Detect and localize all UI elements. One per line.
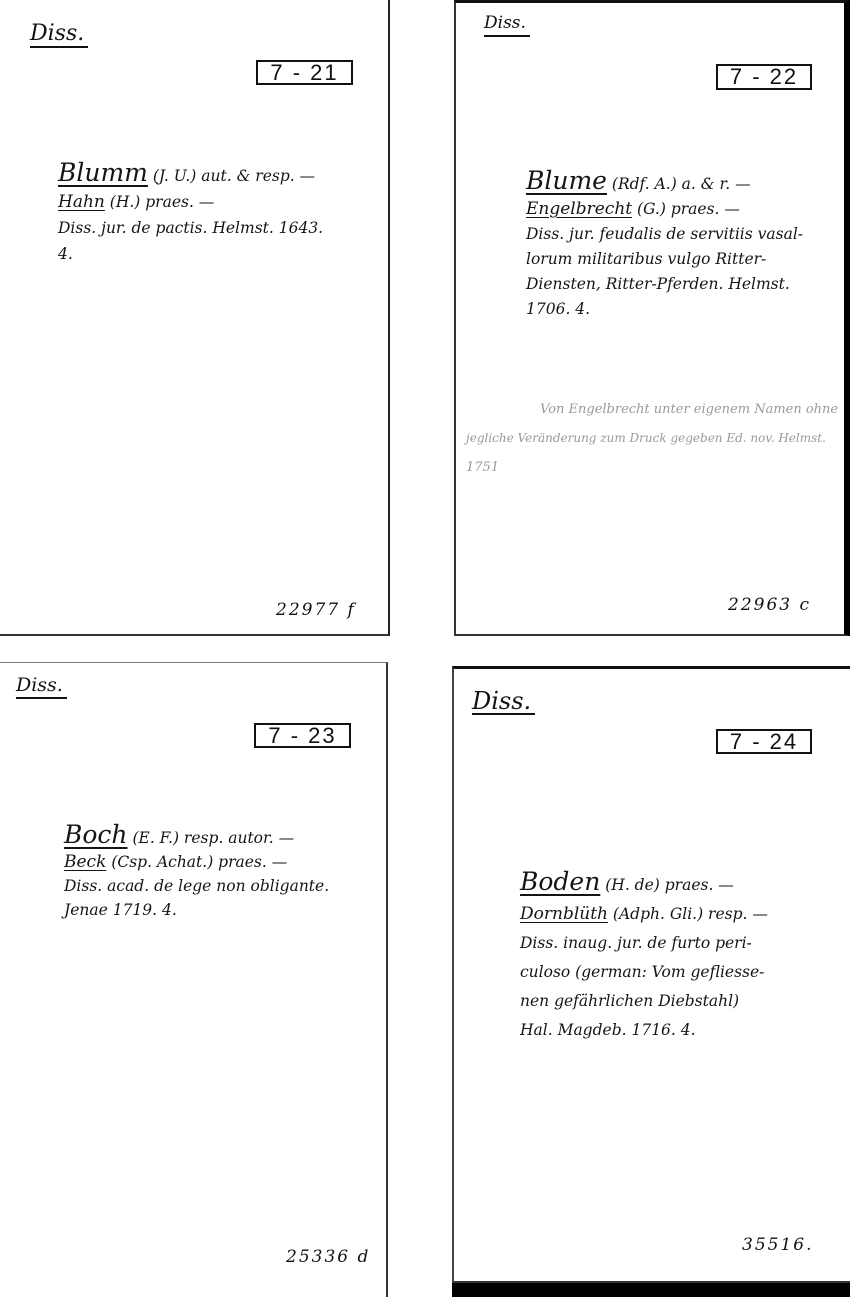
entry-line: Jenae 1719. 4. (64, 898, 329, 922)
entry-line: Beck (Csp. Achat.) praes. — (64, 850, 329, 874)
catalog-card-7-22: Diss. 7 - 22 Blume (Rdf. A.) a. & r. — E… (454, 0, 850, 636)
category-tag: Diss. (16, 673, 67, 699)
respondent-name: Dornblüth (520, 904, 608, 924)
entry-line: Diss. jur. de pactis. Helmst. 1643. (58, 215, 323, 241)
shelfmark-label: 7 - 21 (256, 60, 353, 85)
catalog-card-7-24: Diss. 7 - 24 Boden (H. de) praes. — Dorn… (452, 666, 850, 1283)
entry-line: culoso (german: Vom gefliesse- (520, 958, 768, 987)
catalog-entry: Blumm (J. U.) aut. & resp. — Hahn (H.) p… (58, 160, 323, 267)
accession-number: 22977 f (276, 600, 356, 620)
pencil-note: Von Engelbrecht unter eigenem Namen ohne… (466, 395, 850, 482)
entry-line: Blume (Rdf. A.) a. & r. — (526, 168, 803, 197)
catalog-entry: Blume (Rdf. A.) a. & r. — Engelbrecht (G… (526, 168, 803, 322)
entry-line: Diss. acad. de lege non obligante. (64, 874, 329, 898)
author-name: Boch (64, 820, 128, 849)
entry-line: Boch (E. F.) resp. autor. — (64, 823, 329, 850)
entry-line: Diss. inaug. jur. de furto peri- (520, 929, 768, 958)
entry-line: Engelbrecht (G.) praes. — (526, 197, 803, 222)
category-tag: Diss. (30, 22, 88, 48)
entry-line: Dornblüth (Adph. Gli.) resp. — (520, 900, 768, 929)
praeses-name: Beck (64, 852, 106, 872)
entry-line: 1706. 4. (526, 297, 803, 322)
entry-line: Blumm (J. U.) aut. & resp. — (58, 160, 323, 189)
accession-number: 22963 c (728, 595, 811, 615)
entry-line: 4. (58, 241, 323, 267)
author-name: Blume (526, 166, 607, 195)
shelfmark-label: 7 - 23 (254, 723, 351, 748)
entry-line: Diensten, Ritter-Pferden. Helmst. (526, 272, 803, 297)
praeses-name: Hahn (58, 192, 105, 212)
accession-number: 25336 d (286, 1247, 370, 1267)
catalog-card-7-23: Diss. 7 - 23 Boch (E. F.) resp. autor. —… (0, 662, 388, 1297)
author-name: Blumm (58, 158, 148, 187)
accession-number: 35516. (742, 1235, 813, 1255)
entry-line: nen gefährlichen Diebstahl) (520, 987, 768, 1016)
entry-line: Hahn (H.) praes. — (58, 189, 323, 215)
shelfmark-label: 7 - 24 (716, 729, 812, 754)
category-tag: Diss. (472, 689, 535, 715)
category-tag: Diss. (484, 11, 530, 37)
shelfmark-label: 7 - 22 (716, 64, 812, 90)
entry-line: Boden (H. de) praes. — (520, 867, 768, 900)
entry-line: Diss. jur. feudalis de servitiis vasal- (526, 222, 803, 247)
catalog-entry: Boden (H. de) praes. — Dornblüth (Adph. … (520, 867, 768, 1045)
entry-line: Hal. Magdeb. 1716. 4. (520, 1016, 768, 1045)
scan-edge (452, 1283, 850, 1297)
entry-line: lorum militaribus vulgo Ritter- (526, 247, 803, 272)
praeses-name: Engelbrecht (526, 199, 632, 219)
catalog-card-7-21: Diss. 7 - 21 Blumm (J. U.) aut. & resp. … (0, 0, 390, 636)
catalog-entry: Boch (E. F.) resp. autor. — Beck (Csp. A… (64, 823, 329, 922)
author-name: Boden (520, 867, 600, 896)
